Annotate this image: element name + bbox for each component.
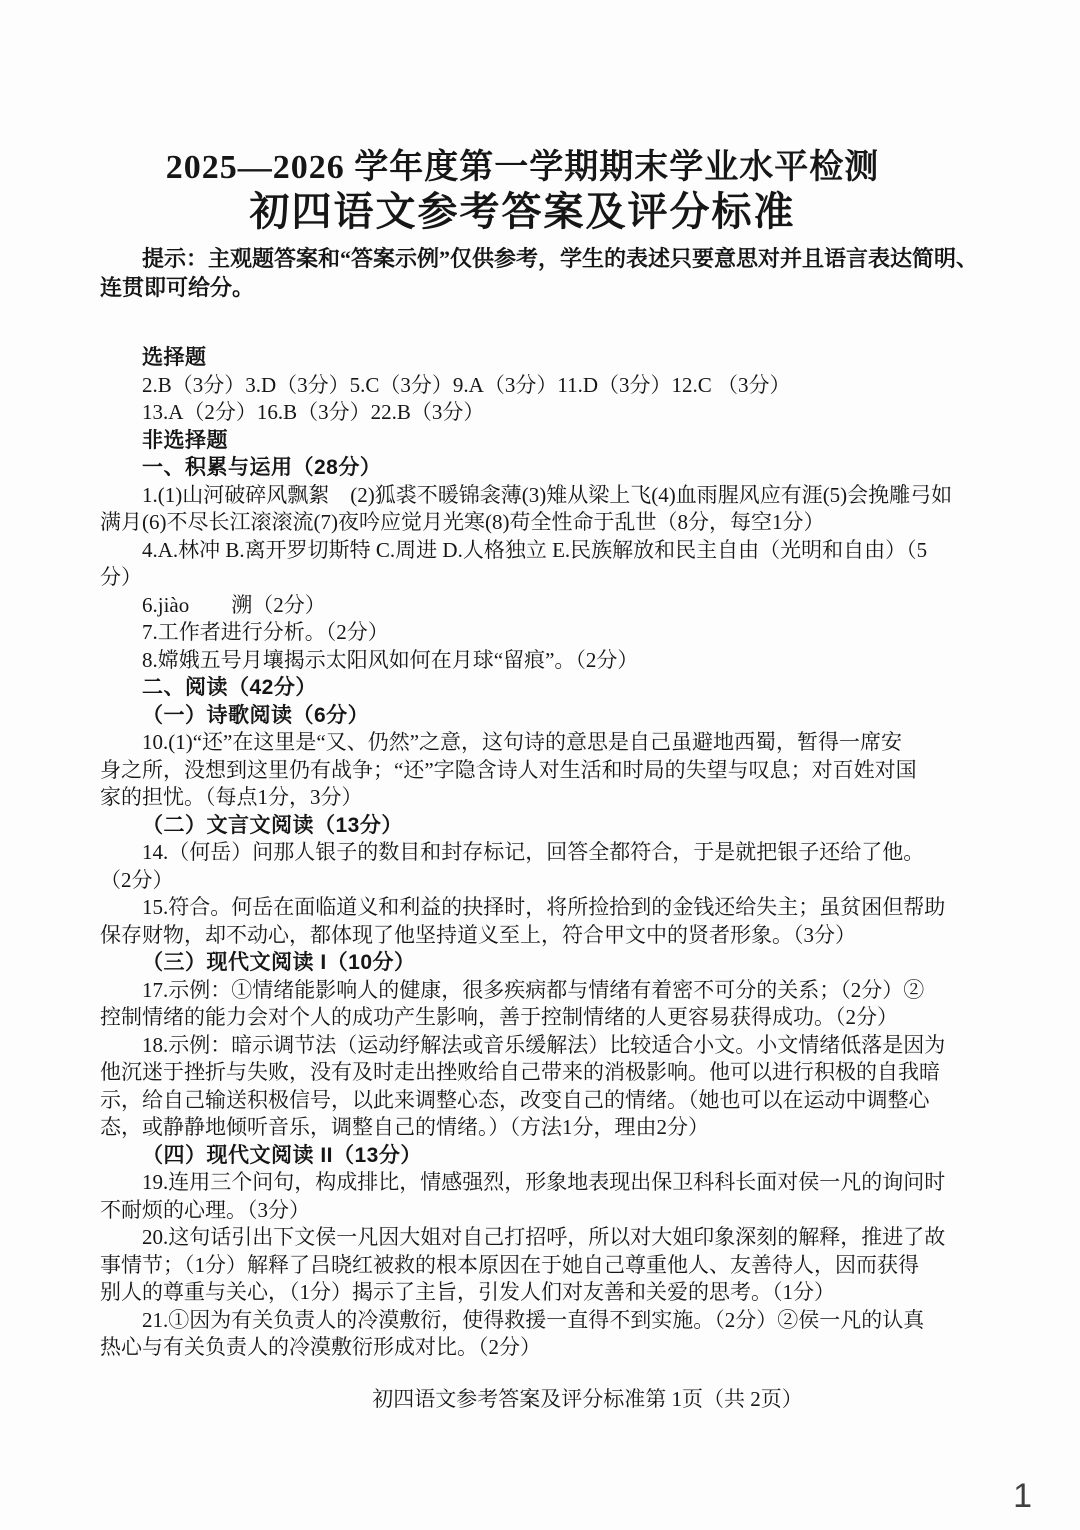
scanned-document-page: 2025—2026 学年度第一学期期末学业水平检测 初四语文参考答案及评分标准 …	[0, 0, 1080, 1530]
text-line: 提示：主观题答案和“答案示例”仅供参考，学生的表述只要意思对并且语言表达简明、	[100, 244, 945, 273]
text-line: 连贯即可给分。	[100, 273, 945, 302]
viewer-page-number: 1	[1013, 1477, 1032, 1516]
grading-note: 提示：主观题答案和“答案示例”仅供参考，学生的表述只要意思对并且语言表达简明、连…	[100, 244, 945, 302]
text-line: 不耐烦的心理。（3分）	[100, 1197, 945, 1225]
section-heading-line: 非选择题	[100, 427, 945, 455]
text-line: 2.B（3分）3.D（3分）5.C（3分）9.A（3分）11.D（3分）12.C…	[100, 372, 945, 400]
section-heading-line: 二、阅读（42分）	[100, 674, 945, 702]
text-line: 10.(1)“还”在这里是“又、仍然”之意，这句诗的意思是自己虽避地西蜀，暂得一…	[100, 729, 945, 757]
text-line: 事情节；（1分）解释了吕晓红被救的根本原因在于她自己尊重他人、友善待人，因而获得	[100, 1252, 945, 1280]
text-line: 满月(6)不尽长江滚滚流(7)夜吟应觉月光寒(8)苟全性命于乱世（8分，每空1分…	[100, 509, 945, 537]
text-line: 6.jiào 溯（2分）	[100, 592, 945, 620]
text-line: 4.A.林冲 B.离开罗切斯特 C.周进 D.人格独立 E.民族解放和民主自由（…	[100, 537, 945, 565]
text-line: 别人的尊重与关心，（1分）揭示了主旨，引发人们对友善和关爱的思考。（1分）	[100, 1279, 945, 1307]
text-line: 身之所，没想到这里仍有战争；“还”字隐含诗人对生活和时局的失望与叹息；对百姓对国	[100, 757, 945, 785]
text-line: 19.连用三个问句，构成排比，情感强烈，形象地表现出保卫科科长面对侯一凡的询问时	[100, 1169, 945, 1197]
text-line: 14.（何岳）问那人银子的数目和封存标记，回答全都符合，于是就把银子还给了他。	[100, 839, 945, 867]
text-line: 17.示例：①情绪能影响人的健康，很多疾病都与情绪有着密不可分的关系；（2分）②	[100, 977, 945, 1005]
text-line: 18.示例：暗示调节法（运动纾解法或音乐缓解法）比较适合小文。小文情绪低落是因为	[100, 1032, 945, 1060]
text-line: 他沉迷于挫折与失败，没有及时走出挫败给自己带来的消极影响。他可以进行积极的自我暗	[100, 1059, 945, 1087]
text-line: 8.嫦娥五号月壤揭示太阳风如何在月球“留痕”。（2分）	[100, 647, 945, 675]
text-line: 分）	[100, 564, 945, 592]
section-heading-line: （一）诗歌阅读（6分）	[100, 702, 945, 730]
page-footer: 初四语文参考答案及评分标准第 1页（共 2页）	[0, 1383, 1080, 1413]
section-heading-line: （四）现代文阅读 II（13分）	[100, 1142, 945, 1170]
text-line: 态，或静静地倾听音乐，调整自己的情绪。）（方法1分，理由2分）	[100, 1114, 945, 1142]
text-line: 1.(1)山河破碎风飘絮 (2)狐裘不暖锦衾薄(3)雉从梁上飞(4)血雨腥风应有…	[100, 482, 945, 510]
section-heading-line: 选择题	[100, 344, 945, 372]
text-line: 20.这句话引出下文侯一凡因大姐对自己打招呼，所以对大姐印象深刻的解释，推进了故	[100, 1224, 945, 1252]
text-line: 15.符合。何岳在面临道义和利益的抉择时，将所捡拾到的金钱还给失主；虽贫困但帮助	[100, 894, 945, 922]
text-line: 21.①因为有关负责人的冷漠敷衍，使得救援一直得不到实施。（2分）②侯一凡的认真	[100, 1307, 945, 1335]
text-line: 家的担忧。（每点1分，3分）	[100, 784, 945, 812]
section-heading-line: （三）现代文阅读 I（10分）	[100, 949, 945, 977]
text-line: 控制情绪的能力会对个人的成功产生影响，善于控制情绪的人更容易获得成功。（2分）	[100, 1004, 945, 1032]
document-body: 选择题2.B（3分）3.D（3分）5.C（3分）9.A（3分）11.D（3分）1…	[100, 344, 945, 1362]
text-line: （2分）	[100, 867, 945, 895]
document-title-line2: 初四语文参考答案及评分标准	[100, 188, 945, 236]
document-content: 2025—2026 学年度第一学期期末学业水平检测 初四语文参考答案及评分标准 …	[100, 0, 945, 1362]
text-line: 13.A（2分）16.B（3分）22.B（3分）	[100, 399, 945, 427]
text-line: 热心与有关负责人的冷漠敷衍形成对比。（2分）	[100, 1334, 945, 1362]
text-line: 7.工作者进行分析。（2分）	[100, 619, 945, 647]
section-heading-line: 一、积累与运用（28分）	[100, 454, 945, 482]
text-line: 保存财物，却不动心，都体现了他坚持道义至上，符合甲文中的贤者形象。（3分）	[100, 922, 945, 950]
section-heading-line: （二）文言文阅读（13分）	[100, 812, 945, 840]
text-line: 示，给自己输送积极信号，以此来调整心态，改变自己的情绪。（她也可以在运动中调整心	[100, 1087, 945, 1115]
document-title-line1: 2025—2026 学年度第一学期期末学业水平检测	[100, 148, 945, 188]
